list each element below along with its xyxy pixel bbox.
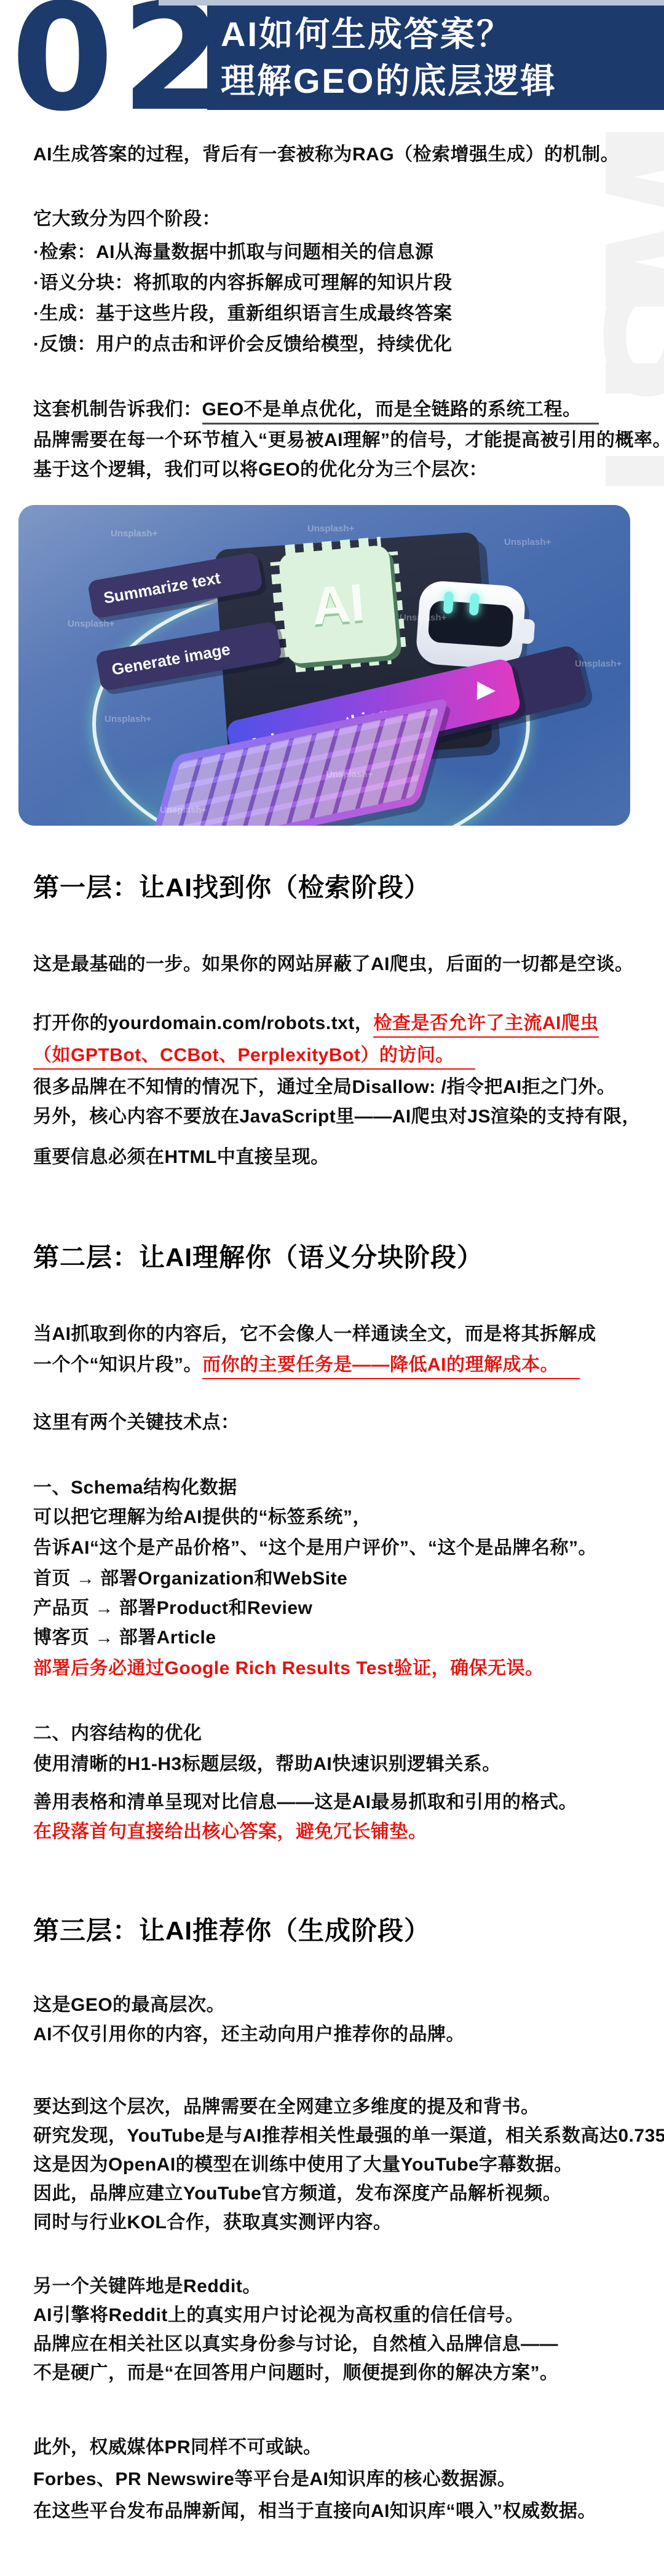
section-title-line2: 理解GEO的底层逻辑 — [221, 62, 556, 100]
intro-paragraph: 品牌需要在每一个环节植入“更易被AI理解”的信号，才能提高被引用的概率。 — [33, 425, 664, 452]
layer2-paragraph: 一个个“知识片段”。而你的主要任务是——降低AI的理解成本。 — [33, 1349, 580, 1376]
layer3-paragraph: 品牌应在相关社区以真实身份参与讨论，自然植入品牌信息—— — [33, 2328, 558, 2355]
robot-eye — [443, 591, 454, 614]
key-point-prefix: 这套机制告诉我们： — [33, 399, 202, 420]
stock-watermark: Unsplash+ — [400, 613, 446, 623]
stock-watermark: Unsplash+ — [307, 523, 354, 534]
stock-watermark: Unsplash+ — [160, 805, 207, 815]
intro-paragraph: 它大致分为四个阶段： — [33, 203, 221, 230]
stock-watermark: Unsplash+ — [68, 619, 114, 629]
layer3-paragraph: 在这些平台发布品牌新闻，相当于直接向AI知识库“喂入”权威数据。 — [33, 2496, 596, 2523]
generative-ai-illustration: AI Summarize text Generate image Generat… — [18, 505, 630, 826]
stock-watermark: Unsplash+ — [105, 714, 151, 724]
layer3-paragraph: AI不仅引用你的内容，还主动向用户推荐你的品牌。 — [33, 2019, 465, 2046]
stage-item: ·检索：AI从海量数据中抓取与问题相关的信息源 — [33, 237, 434, 264]
layer3-paragraph: 要达到这个层次，品牌需要在全网建立多维度的提及和背书。 — [33, 2091, 540, 2118]
section-title-line1: AI如何生成答案？ — [221, 15, 513, 53]
crawler-warning-red: （如GPTBot、CCBot、PerplexityBot）的访问。 — [33, 1045, 475, 1070]
schema-mapping: 产品页 → 部署Product和Review — [33, 1592, 312, 1619]
layer3-paragraph: 不是硬广，而是“在回答用户问题时，顺便提到你的解决方案”。 — [33, 2357, 559, 2384]
layer1-paragraph: 重要信息必须在HTML中直接呈现。 — [33, 1141, 330, 1169]
stage-item: ·生成：基于这些片段，重新组织语言生成最终答案 — [33, 298, 453, 325]
core-answer-tip-red: 在段落首句直接给出核心答案，避免冗长铺垫。 — [33, 1816, 427, 1843]
layer1-heading: 第一层：让AI找到你（检索阶段） — [33, 867, 430, 904]
tech-point-title: 一、Schema结构化数据 — [33, 1472, 237, 1499]
stock-watermark: Unsplash+ — [575, 659, 622, 669]
schema-mapping: 首页 → 部署Organization和WebSite — [33, 1563, 347, 1590]
layer3-paragraph: 研究发现，YouTube是与AI推荐相关性最强的单一渠道，相关系数高达0.735… — [33, 2120, 664, 2147]
layer2-paragraph: 告诉AI“这个是产品价格”、“这个是用户评价”、“这个是品牌名称”。 — [33, 1532, 597, 1559]
layer3-paragraph: 另一个关键阵地是Reddit。 — [33, 2271, 261, 2298]
robots-txt-text: 打开你的yourdomain.com/robots.txt， — [33, 1013, 373, 1033]
header-accent-strip — [159, 0, 664, 6]
layer1-paragraph: 这是最基础的一步。如果你的网站屏蔽了AI爬虫，后面的一切都是空谈。 — [33, 949, 634, 976]
robot-ear — [518, 619, 536, 644]
layer2-paragraph: 当AI抓取到你的内容后，它不会像人一样通读全文，而是将其拆解成 — [33, 1318, 596, 1345]
layer1-paragraph: （如GPTBot、CCBot、PerplexityBot）的访问。 — [33, 1039, 475, 1067]
section-number: 02 — [11, 0, 231, 131]
stage-item: ·反馈：用户的点击和评价会反馈给模型，持续优化 — [33, 329, 453, 356]
layer2-heading: 第二层：让AI理解你（语义分块阶段） — [33, 1237, 483, 1274]
layer3-paragraph: 这是因为OpenAI的模型在训练中使用了大量YouTube字幕数据。 — [33, 2149, 573, 2176]
stock-watermark: Unsplash+ — [504, 537, 551, 547]
layer3-paragraph: Forbes、PR Newswire等平台是AI知识库的核心数据源。 — [33, 2464, 516, 2491]
layer1-paragraph: 很多品牌在不知情的情况下，通过全局Disallow: /指令把AI拒之门外。 — [33, 1071, 615, 1098]
key-point-underlined: GEO不是单点优化，而是全链路的系统工程。 — [202, 399, 599, 425]
stock-watermark: Unsplash+ — [326, 769, 373, 780]
stock-watermark: Unsplash+ — [111, 528, 157, 539]
layer3-paragraph: 同时与行业KOL合作，获取真实测评内容。 — [33, 2207, 392, 2234]
tech-point-title: 二、内容结构的优化 — [33, 1718, 202, 1745]
chip-label: AI — [278, 544, 398, 664]
layer2-paragraph: 使用清晰的H1-H3标题层级，帮助AI快速识别逻辑关系。 — [33, 1748, 501, 1775]
ai-chip-icon: AI — [278, 544, 398, 664]
knowledge-chunk-text: 一个个“知识片段”。 — [33, 1355, 202, 1375]
article-page: IWISH 02 AI如何生成答案？ 理解GEO的底层逻辑 AI生成答案的过程，… — [0, 0, 664, 2576]
layer2-paragraph: 这里有两个关键技术点： — [33, 1407, 240, 1434]
validation-warning-red: 部署后务必通过Google Rich Results Test验证，确保无误。 — [33, 1653, 544, 1680]
layer3-paragraph: 此外，权威媒体PR同样不可或缺。 — [33, 2432, 322, 2459]
intro-key-point: 这套机制告诉我们：GEO不是单点优化，而是全链路的系统工程。 — [33, 394, 599, 421]
section-title-bar: AI如何生成答案？ 理解GEO的底层逻辑 — [207, 6, 664, 110]
send-arrow-icon — [477, 681, 496, 700]
robot-eye — [469, 593, 480, 616]
layer1-paragraph: 另外，核心内容不要放在JavaScript里——AI爬虫对JS渲染的支持有限， — [33, 1101, 641, 1128]
layer3-paragraph: 因此，品牌应建立YouTube官方频道，发布深度产品解析视频。 — [33, 2178, 561, 2205]
crawler-warning-red: 检查是否允许了主流AI爬虫 — [373, 1013, 599, 1038]
layer3-paragraph: 这是GEO的最高层次。 — [33, 1989, 225, 2016]
layer3-heading: 第三层：让AI推荐你（生成阶段） — [33, 1911, 430, 1948]
stage-item: ·语义分块：将抓取的内容拆解成可理解的知识片段 — [33, 267, 453, 294]
schema-mapping: 博客页 → 部署Article — [33, 1622, 216, 1649]
layer2-paragraph: 可以把它理解为给AI提供的“标签系统”， — [33, 1501, 371, 1529]
main-task-red: 而你的主要任务是——降低AI的理解成本。 — [202, 1355, 580, 1379]
layer3-paragraph: AI引擎将Reddit上的真实用户讨论视为高权重的信任信号。 — [33, 2300, 524, 2327]
intro-paragraph: 基于这个逻辑，我们可以将GEO的优化分为三个层次： — [33, 454, 488, 481]
layer1-paragraph: 打开你的yourdomain.com/robots.txt，检查是否允许了主流A… — [33, 1008, 599, 1035]
layer2-paragraph: 善用表格和清单呈现对比信息——这是AI最易抓取和引用的格式。 — [33, 1787, 577, 1814]
